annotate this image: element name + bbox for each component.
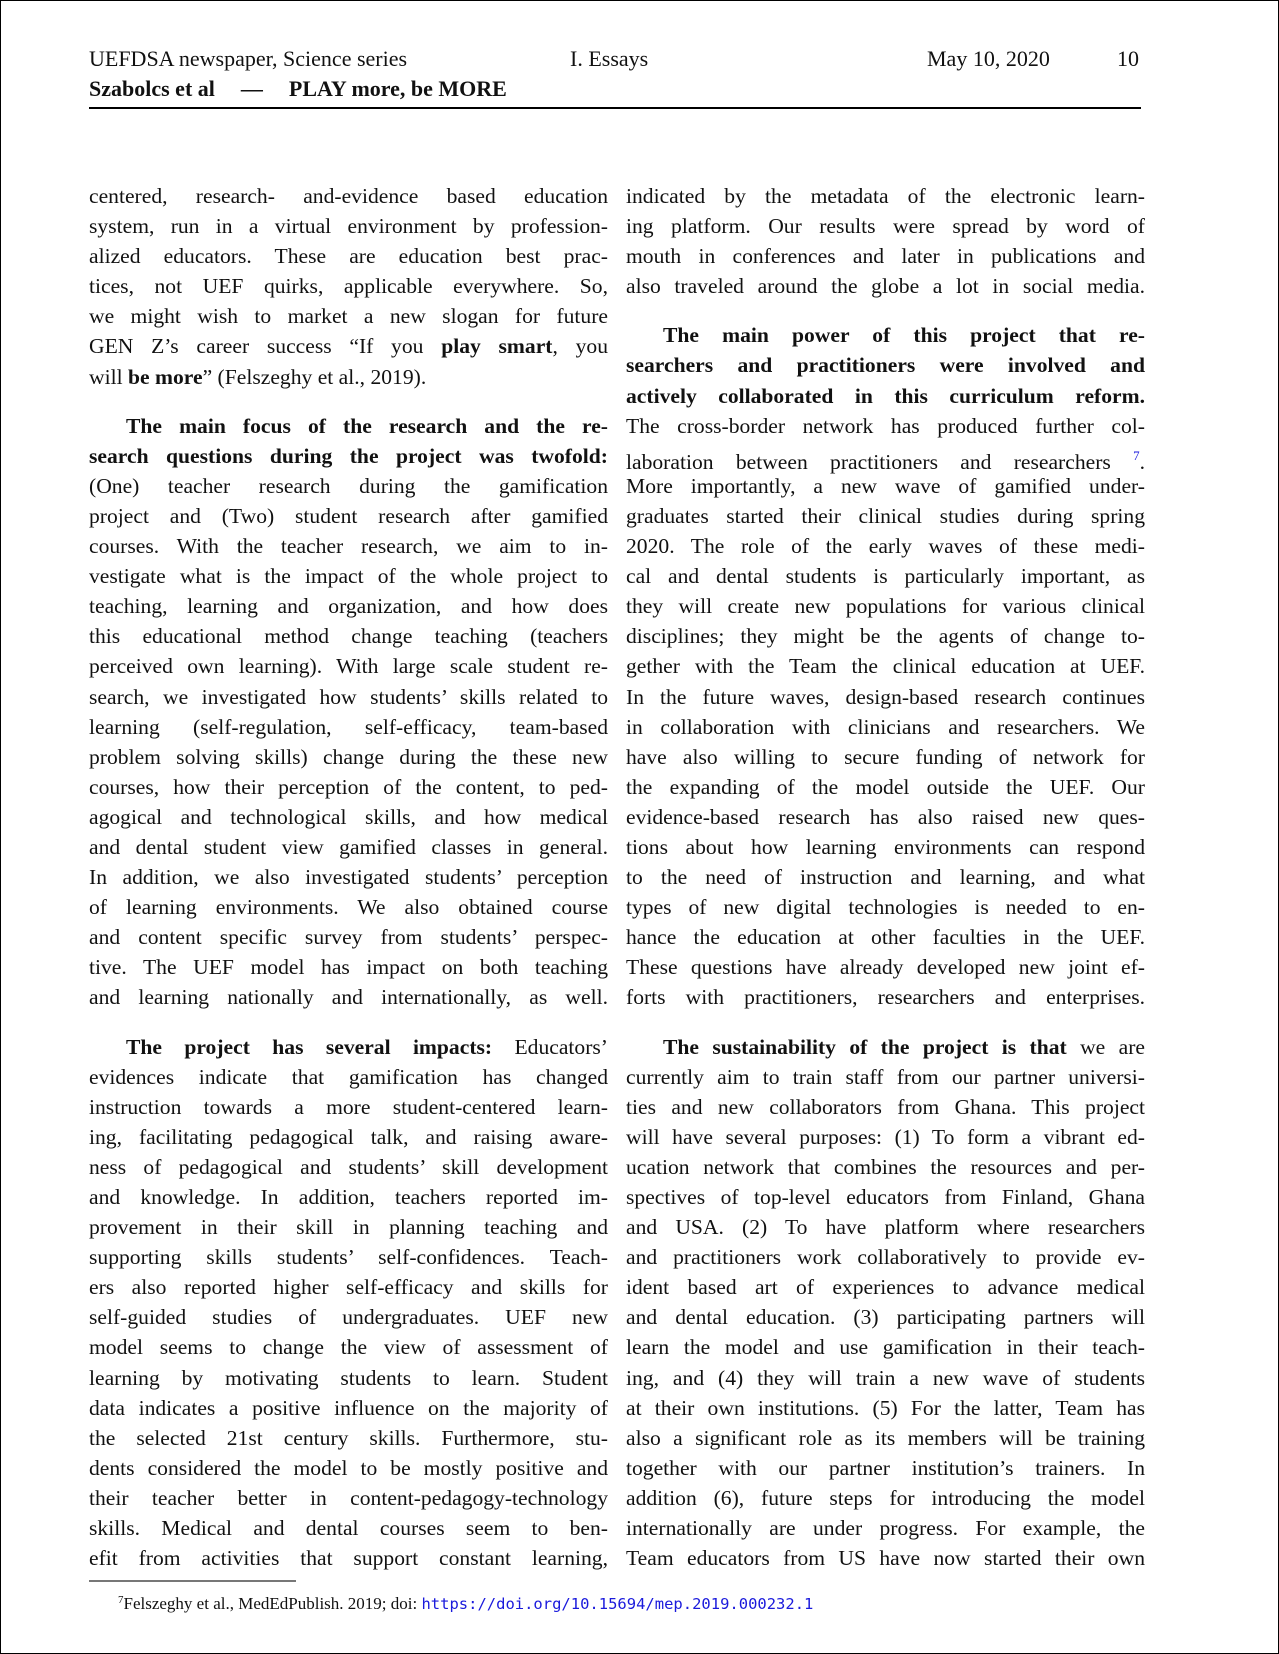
- text-line: search, we investigated how students’ sk…: [89, 682, 608, 712]
- text-line: and knowledge. In addition, teachers rep…: [89, 1182, 608, 1212]
- paragraph-lead-bold: The sustainability of the project is tha…: [663, 1035, 1067, 1059]
- text-line: 2020. The role of the early waves of the…: [626, 531, 1145, 561]
- text-line: The sustainability of the project is tha…: [626, 1032, 1145, 1062]
- text-line: model seems to change the view of assess…: [89, 1332, 608, 1362]
- doi-link[interactable]: https://doi.org/10.15694/mep.2019.000232…: [421, 1595, 813, 1613]
- text-line: laboration between practitioners and res…: [626, 441, 1145, 471]
- text-line: gether with the Team the clinical educat…: [626, 651, 1145, 681]
- text-line: supporting skills students’ self-confide…: [89, 1242, 608, 1272]
- text-line: mouth in conferences and later in public…: [626, 241, 1145, 271]
- article-title: PLAY more, be MORE: [289, 76, 507, 101]
- text-line: they will create new populations for var…: [626, 591, 1145, 621]
- text: Educators’: [492, 1035, 608, 1059]
- text-line: system, run in a virtual environment by …: [89, 211, 608, 241]
- text-line: ing, and (4) they will train a new wave …: [626, 1363, 1145, 1393]
- text: we are: [1067, 1035, 1145, 1059]
- text-line: The cross-border network has produced fu…: [626, 411, 1145, 441]
- footnote-text: Felszeghy et al., MedEdPublish. 2019; do…: [124, 1594, 422, 1613]
- text-line: ing, facilitating pedagogical talk, and …: [89, 1122, 608, 1152]
- emphasis-play-smart: play smart: [441, 334, 552, 358]
- text-line: this educational method change teaching …: [89, 621, 608, 651]
- text-line: learning by motivating students to learn…: [89, 1363, 608, 1393]
- text-line: agogical and technological skills, and h…: [89, 802, 608, 832]
- text-line: learning (self-regulation, self-efficacy…: [89, 712, 608, 742]
- text-line: ident based art of experiences to advanc…: [626, 1272, 1145, 1302]
- text-line: and learning nationally and internationa…: [89, 982, 608, 1012]
- text-line: and content specific survey from student…: [89, 922, 608, 952]
- text-line: the expanding of the model outside the U…: [626, 772, 1145, 802]
- text-line: ing platform. Our results were spread by…: [626, 211, 1145, 241]
- text-line: The project has several impacts: Educato…: [89, 1032, 608, 1062]
- text-line: we might wish to market a new slogan for…: [89, 301, 608, 331]
- text-line: and dental student view gamified classes…: [89, 832, 608, 862]
- column-left: centered, research- and-evidence based e…: [89, 181, 608, 1573]
- paragraph-lead-bold: search questions during the project was …: [89, 441, 608, 471]
- text-line: to the need of instruction and learning,…: [626, 862, 1145, 892]
- text-line: internationally are under progress. For …: [626, 1513, 1145, 1543]
- text-line: addition (6), future steps for introduci…: [626, 1483, 1145, 1513]
- text-line: In the future waves, design-based resear…: [626, 682, 1145, 712]
- text-line: tive. The UEF model has impact on both t…: [89, 952, 608, 982]
- text-line: cal and dental students is particularly …: [626, 561, 1145, 591]
- text-line: These questions have already developed n…: [626, 952, 1145, 982]
- authors: Szabolcs et al: [89, 76, 215, 101]
- text-line: Team educators from US have now started …: [626, 1543, 1145, 1573]
- text-line: will have several purposes: (1) To form …: [626, 1122, 1145, 1152]
- text-line: also traveled around the globe a lot in …: [626, 271, 1145, 301]
- text-line: have also willing to secure funding of n…: [626, 742, 1145, 772]
- text-line: and USA. (2) To have platform where rese…: [626, 1212, 1145, 1242]
- text-line: In addition, we also investigated studen…: [89, 862, 608, 892]
- title-dash: —: [241, 76, 263, 101]
- text: , you: [552, 334, 608, 358]
- text-line: currently aim to train staff from our pa…: [626, 1062, 1145, 1092]
- text-line: tions about how learning environments ca…: [626, 832, 1145, 862]
- text-line: ers also reported higher self-efficacy a…: [89, 1272, 608, 1302]
- footnote: 7Felszeghy et al., MedEdPublish. 2019; d…: [118, 1589, 813, 1615]
- section-label: I. Essays: [570, 46, 648, 72]
- text-line: spectives of top-level educators from Fi…: [626, 1182, 1145, 1212]
- text-line: problem solving skills) change during th…: [89, 742, 608, 772]
- text-line: efit from activities that support consta…: [89, 1543, 608, 1573]
- text-line: their teacher better in content-pedagogy…: [89, 1483, 608, 1513]
- text-line: ucation network that combines the resour…: [626, 1152, 1145, 1182]
- text-line: indicated by the metadata of the electro…: [626, 181, 1145, 211]
- text-line: More importantly, a new wave of gamified…: [626, 471, 1145, 501]
- text: GEN Z’s career success “If you: [89, 334, 441, 358]
- text-line: will be more” (Felszeghy et al., 2019).: [89, 362, 608, 392]
- text-line: in collaboration with clinicians and res…: [626, 712, 1145, 742]
- text-line: ness of pedagogical and students’ skill …: [89, 1152, 608, 1182]
- text-line: disciplines; they might be the agents of…: [626, 621, 1145, 651]
- text-line: self-guided studies of undergraduates. U…: [89, 1302, 608, 1332]
- text-line: provement in their skill in planning tea…: [89, 1212, 608, 1242]
- issue-date: May 10, 2020: [927, 46, 1050, 72]
- paragraph-lead-bold: The main focus of the research and the r…: [89, 411, 608, 441]
- text-line: courses. With the teacher research, we a…: [89, 531, 608, 561]
- text-line: (One) teacher research during the gamifi…: [89, 471, 608, 501]
- text-line: vestigate what is the impact of the whol…: [89, 561, 608, 591]
- text-line: types of new digital technologies is nee…: [626, 892, 1145, 922]
- text-line: GEN Z’s career success “If you play smar…: [89, 331, 608, 361]
- running-title: Szabolcs et al—PLAY more, be MORE: [89, 76, 507, 102]
- text-line: hance the education at other faculties i…: [626, 922, 1145, 952]
- paragraph-lead-bold: searchers and practitioners were involve…: [626, 350, 1145, 380]
- text-line: the selected 21st century skills. Furthe…: [89, 1423, 608, 1453]
- emphasis-be-more: be more: [128, 365, 203, 389]
- text-line: courses, how their perception of the con…: [89, 772, 608, 802]
- paragraph-lead-bold: The main power of this project that re-: [626, 320, 1145, 350]
- paragraph-lead-bold: actively collaborated in this curriculum…: [626, 381, 1145, 411]
- text-line: evidences indicate that gamification has…: [89, 1062, 608, 1092]
- text-line: graduates started their clinical studies…: [626, 501, 1145, 531]
- text-line: alized educators. These are education be…: [89, 241, 608, 271]
- paragraph-lead-bold: The project has several impacts:: [126, 1035, 492, 1059]
- text: ” (Felszeghy et al., 2019).: [203, 365, 427, 389]
- publication-name: UEFDSA newspaper, Science series: [89, 46, 407, 72]
- text-line: forts with practitioners, researchers an…: [626, 982, 1145, 1012]
- text-line: and dental education. (3) participating …: [626, 1302, 1145, 1332]
- text-line: data indicates a positive influence on t…: [89, 1393, 608, 1423]
- text-line: instruction towards a more student-cente…: [89, 1092, 608, 1122]
- text-line: also a significant role as its members w…: [626, 1423, 1145, 1453]
- header-rule: [89, 107, 1141, 109]
- text-line: together with our partner institution’s …: [626, 1453, 1145, 1483]
- text-line: skills. Medical and dental courses seem …: [89, 1513, 608, 1543]
- text-line: of learning environments. We also obtain…: [89, 892, 608, 922]
- footnote-rule: [89, 1580, 296, 1582]
- text: will: [89, 365, 128, 389]
- text-line: project and (Two) student research after…: [89, 501, 608, 531]
- column-right: indicated by the metadata of the electro…: [626, 181, 1145, 1573]
- page-number: 10: [1117, 46, 1139, 72]
- text-line: and practitioners work collaboratively t…: [626, 1242, 1145, 1272]
- text-line: teaching, learning and organization, and…: [89, 591, 608, 621]
- text-line: perceived own learning). With large scal…: [89, 651, 608, 681]
- text-line: evidence-based research has also raised …: [626, 802, 1145, 832]
- text-line: ties and new collaborators from Ghana. T…: [626, 1092, 1145, 1122]
- text-line: learn the model and use gamification in …: [626, 1332, 1145, 1362]
- text-line: centered, research- and-evidence based e…: [89, 181, 608, 211]
- text-line: tices, not UEF quirks, applicable everyw…: [89, 271, 608, 301]
- text-line: dents considered the model to be mostly …: [89, 1453, 608, 1483]
- text-line: at their own institutions. (5) For the l…: [626, 1393, 1145, 1423]
